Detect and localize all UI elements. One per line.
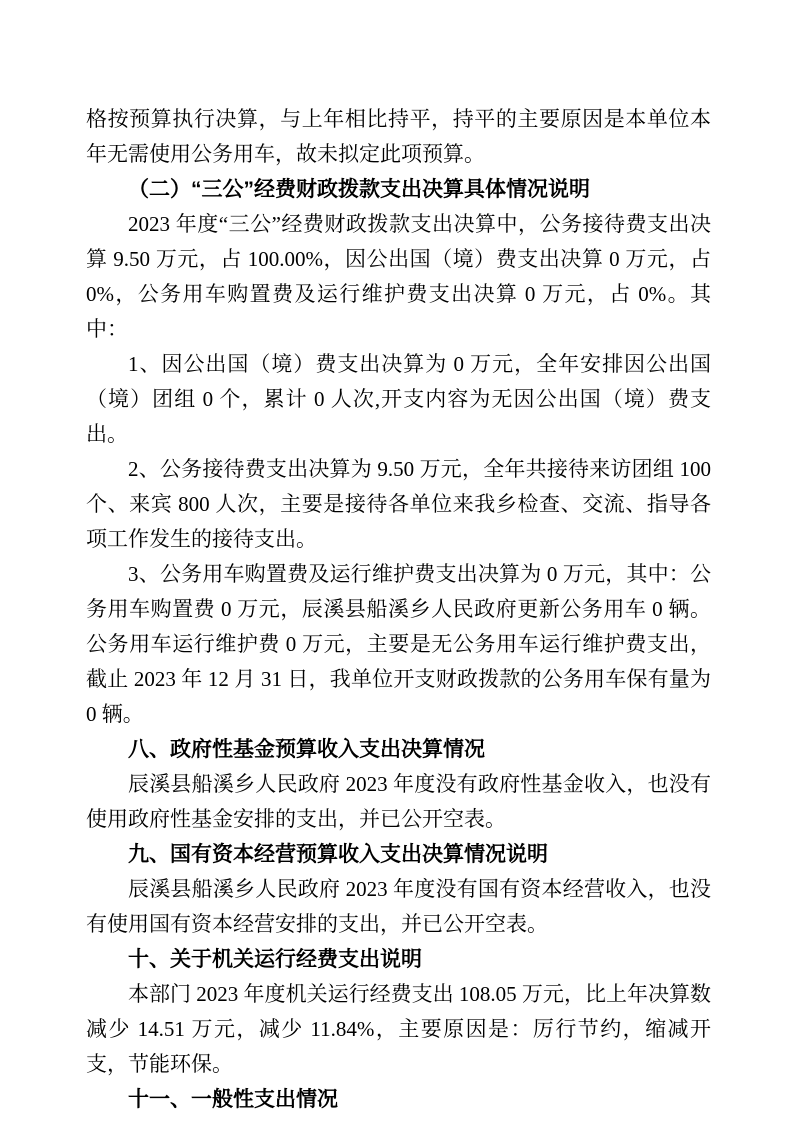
section-heading-8-government-funds: 八、政府性基金预算收入支出决算情况 (86, 732, 711, 767)
document-body: 格按预算执行决算，与上年相比持平，持平的主要原因是本单位本年无需使用公务用车，故… (86, 102, 711, 1117)
paragraph-continued-from-previous-page: 格按预算执行决算，与上年相比持平，持平的主要原因是本单位本年无需使用公务用车，故… (86, 102, 711, 172)
section-heading-sangong-detail: （二）“三公”经费财政拨款支出决算具体情况说明 (86, 172, 711, 207)
section-heading-9-state-capital: 九、国有资本经营预算收入支出决算情况说明 (86, 837, 711, 872)
paragraph-item-1-overseas-trips: 1、因公出国（境）费支出决算为 0 万元，全年安排因公出国（境）团组 0 个，累… (86, 347, 711, 452)
paragraph-item-3-official-vehicles: 3、公务用车购置费及运行维护费支出决算为 0 万元，其中：公务用车购置费 0 万… (86, 557, 711, 732)
paragraph-government-funds: 辰溪县船溪乡人民政府 2023 年度没有政府性基金收入，也没有使用政府性基金安排… (86, 767, 711, 837)
document-page: 格按预算执行决算，与上年相比持平，持平的主要原因是本单位本年无需使用公务用车，故… (0, 0, 793, 1122)
paragraph-sangong-summary: 2023 年度“三公”经费财政拨款支出决算中，公务接待费支出决算 9.50 万元… (86, 207, 711, 347)
section-heading-11-general-expense: 十一、一般性支出情况 (86, 1082, 711, 1117)
section-heading-10-operating-expense: 十、关于机关运行经费支出说明 (86, 942, 711, 977)
paragraph-operating-expense: 本部门 2023 年度机关运行经费支出 108.05 万元，比上年决算数减少 1… (86, 977, 711, 1082)
paragraph-state-capital: 辰溪县船溪乡人民政府 2023 年度没有国有资本经营收入，也没有使用国有资本经营… (86, 872, 711, 942)
paragraph-item-2-official-reception: 2、公务接待费支出决算为 9.50 万元，全年共接待来访团组 100 个、来宾 … (86, 452, 711, 557)
